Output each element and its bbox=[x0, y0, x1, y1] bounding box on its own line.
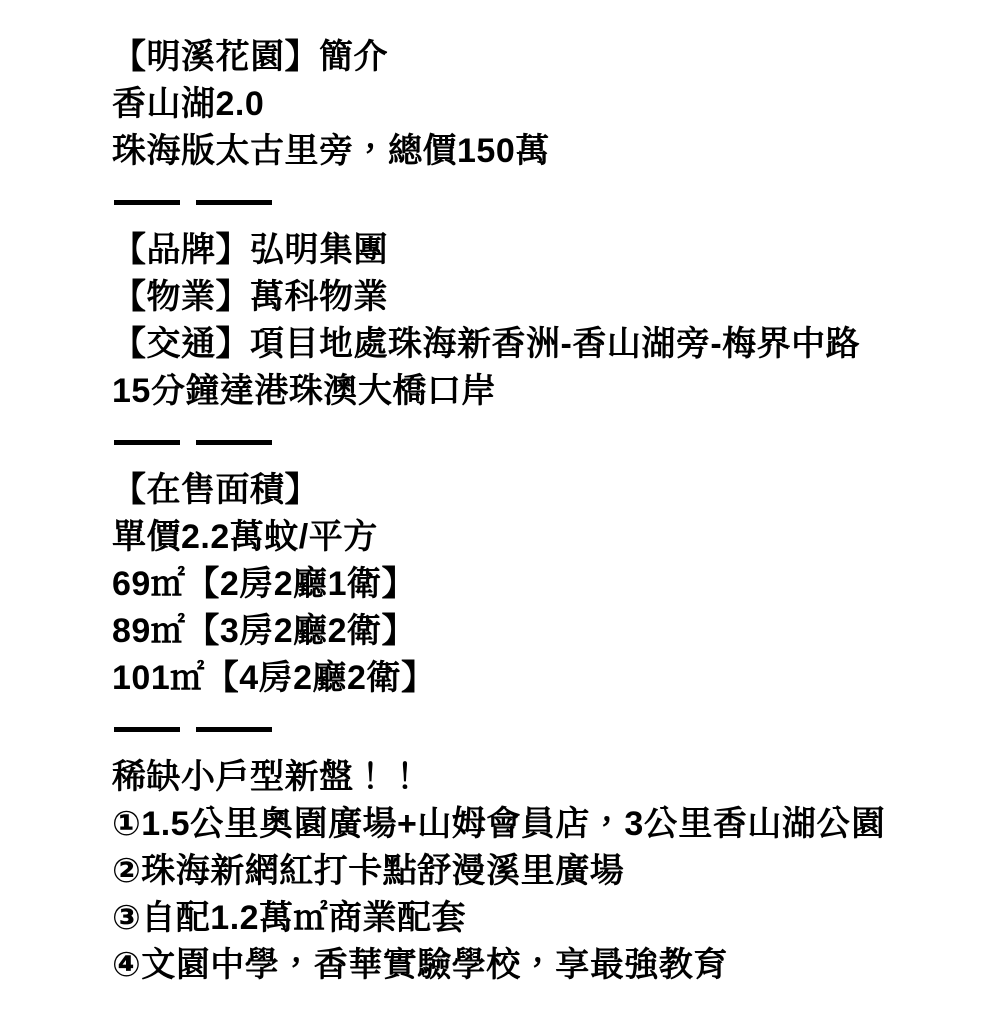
listing-page: 【明溪花園】簡介 香山湖2.0 珠海版太古里旁，總價150萬 【品牌】弘明集團 … bbox=[0, 0, 1000, 1030]
section-intro: 【明溪花園】簡介 香山湖2.0 珠海版太古里旁，總價150萬 bbox=[112, 34, 980, 175]
section-divider bbox=[114, 440, 980, 445]
highlight-item-4: ④文園中學，香華實驗學校，享最強教育 bbox=[112, 942, 980, 989]
divider-bar bbox=[114, 200, 180, 205]
transport-line: 【交通】項目地處珠海新香洲-香山湖旁-梅界中路 bbox=[112, 321, 980, 368]
divider-bar bbox=[196, 440, 272, 445]
transport-line-2: 15分鐘達港珠澳大橋口岸 bbox=[112, 368, 980, 415]
unit-price-line: 單價2.2萬蚊/平方 bbox=[112, 514, 980, 561]
listing-title: 【明溪花園】簡介 bbox=[112, 34, 980, 81]
listing-text-block: 【明溪花園】簡介 香山湖2.0 珠海版太古里旁，總價150萬 【品牌】弘明集團 … bbox=[0, 0, 1000, 989]
section-basic-info: 【品牌】弘明集團 【物業】萬科物業 【交通】項目地處珠海新香洲-香山湖旁-梅界中… bbox=[112, 227, 980, 415]
unit-type-69: 69㎡【2房2廳1衛】 bbox=[112, 561, 980, 608]
subtitle-price: 珠海版太古里旁，總價150萬 bbox=[112, 128, 980, 175]
unit-type-89: 89㎡【3房2廳2衛】 bbox=[112, 608, 980, 655]
divider-bar bbox=[114, 440, 180, 445]
highlight-item-1: ①1.5公里奧園廣場+山姆會員店，3公里香山湖公園 bbox=[112, 801, 980, 848]
divider-bar bbox=[196, 727, 272, 732]
highlight-item-3: ③自配1.2萬㎡商業配套 bbox=[112, 895, 980, 942]
subtitle-location: 香山湖2.0 bbox=[112, 81, 980, 128]
units-header: 【在售面積】 bbox=[112, 467, 980, 514]
divider-bar bbox=[196, 200, 272, 205]
section-divider bbox=[114, 727, 980, 732]
section-units: 【在售面積】 單價2.2萬蚊/平方 69㎡【2房2廳1衛】 89㎡【3房2廳2衛… bbox=[112, 467, 980, 702]
section-highlights: 稀缺小戶型新盤！！ ①1.5公里奧園廣場+山姆會員店，3公里香山湖公園 ②珠海新… bbox=[112, 754, 980, 989]
highlights-header: 稀缺小戶型新盤！！ bbox=[112, 754, 980, 801]
section-divider bbox=[114, 200, 980, 205]
property-management-line: 【物業】萬科物業 bbox=[112, 274, 980, 321]
unit-type-101: 101㎡【4房2廳2衛】 bbox=[112, 655, 980, 702]
divider-bar bbox=[114, 727, 180, 732]
highlight-item-2: ②珠海新網紅打卡點舒漫溪里廣場 bbox=[112, 848, 980, 895]
brand-line: 【品牌】弘明集團 bbox=[112, 227, 980, 274]
